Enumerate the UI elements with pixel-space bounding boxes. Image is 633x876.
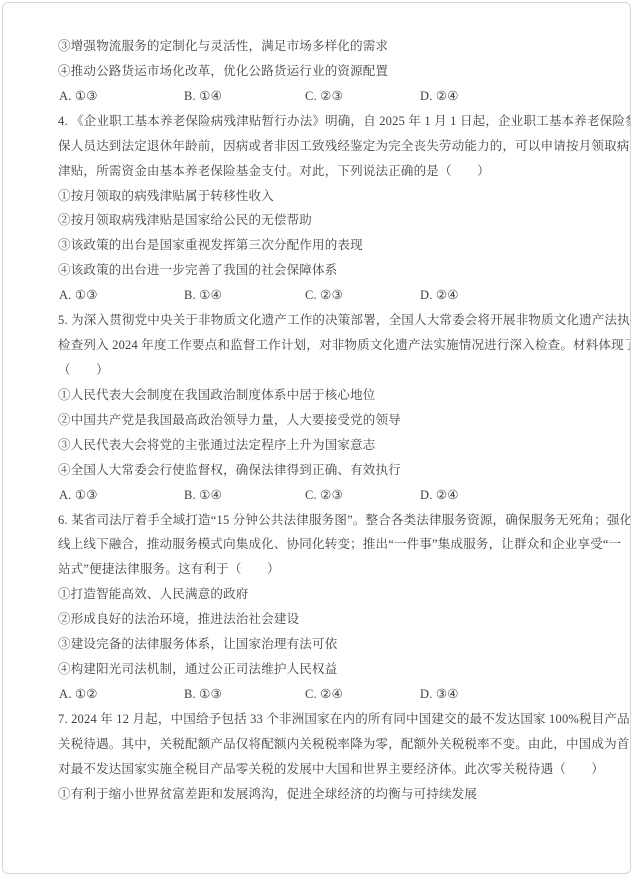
text-line: 6. 某省司法厅着手全域打造“15 分钟公共法律服务图”。整合各类法律服务资源，…: [58, 508, 610, 533]
option-a: A. ①③: [59, 283, 98, 308]
option-a: A. ①③: [59, 483, 98, 508]
text-line: ①人民代表大会制度在我国政治制度体系中居于核心地位: [58, 383, 610, 408]
exam-content: ③增强物流服务的定制化与灵活性，满足市场多样化的需求④推动公路货运市场化改革，优…: [3, 3, 630, 807]
option-d: D. ③④: [420, 682, 459, 707]
text-line: ④该政策的出台进一步完善了我国的社会保障体系: [58, 258, 610, 283]
text-line: ③增强物流服务的定制化与灵活性，满足市场多样化的需求: [58, 34, 610, 59]
option-c: C. ②③: [305, 84, 343, 109]
text-line: ④全国人大常委会行使监督权，确保法律得到正确、有效执行: [58, 458, 610, 483]
text-line: 线上线下融合，推动服务模式向集成化、协同化转变；推出“一件事”集成服务，让群众和…: [58, 532, 610, 557]
option-b: B. ①④: [184, 483, 222, 508]
option-b: B. ①④: [184, 283, 222, 308]
option-b: B. ①③: [184, 682, 222, 707]
text-line: ①按月领取的病残津贴属于转移性收入: [58, 184, 610, 209]
options-row: A. ①②B. ①③C. ②④D. ③④: [58, 682, 610, 707]
option-c: C. ②③: [305, 283, 343, 308]
text-line: 5. 为深入贯彻党中央关于非物质文化遗产工作的决策部署，全国人大常委会将开展非物…: [58, 308, 610, 333]
text-line: 4. 《企业职工基本养老保险病残津贴暂行办法》明确，自 2025 年 1 月 1…: [58, 109, 610, 134]
text-line: （ ）: [58, 358, 610, 383]
text-line: ②形成良好的法治环境，推进法治社会建设: [58, 607, 610, 632]
text-line: ③人民代表大会将党的主张通过法定程序上升为国家意志: [58, 433, 610, 458]
text-line: ①打造智能高效、人民满意的政府: [58, 582, 610, 607]
exam-page: ③增强物流服务的定制化与灵活性，满足市场多样化的需求④推动公路货运市场化改革，优…: [2, 2, 631, 874]
options-row: A. ①③B. ①④C. ②③D. ②④: [58, 283, 610, 308]
options-row: A. ①③B. ①④C. ②③D. ②④: [58, 483, 610, 508]
text-line: 检查列入 2024 年度工作要点和监督工作计划，对非物质文化遗产法实施情况进行深…: [58, 333, 610, 358]
options-row: A. ①③B. ①④C. ②③D. ②④: [58, 84, 610, 109]
option-d: D. ②④: [420, 84, 459, 109]
text-line: 关税待遇。其中，关税配额产品仅将配额内关税税率降为零，配额外关税税率不变。由此，…: [58, 732, 610, 757]
text-line: 对最不发达国家实施全税目产品零关税的发展中大国和世界主要经济体。此次零关税待遇（…: [58, 757, 610, 782]
text-line: ④构建阳光司法机制，通过公正司法维护人民权益: [58, 657, 610, 682]
option-a: A. ①③: [59, 84, 98, 109]
text-line: ③该政策的出台是国家重视发挥第三次分配作用的表现: [58, 233, 610, 258]
text-line: ②中国共产党是我国最高政治领导力量，人大要接受党的领导: [58, 408, 610, 433]
option-d: D. ②④: [420, 283, 459, 308]
option-d: D. ②④: [420, 483, 459, 508]
exam-screenshot: { "page": { "background_color": "#ffffff…: [0, 0, 633, 876]
text-line: ①有利于缩小世界贫富差距和发展鸿沟，促进全球经济的均衡与可持续发展: [58, 782, 610, 807]
option-b: B. ①④: [184, 84, 222, 109]
option-c: C. ②④: [305, 682, 343, 707]
text-line: ②按月领取病残津贴是国家给公民的无偿帮助: [58, 208, 610, 233]
option-c: C. ②③: [305, 483, 343, 508]
text-line: 站式”便捷法律服务。这有利于（ ）: [58, 557, 610, 582]
option-a: A. ①②: [59, 682, 98, 707]
text-line: ④推动公路货运市场化改革，优化公路货运行业的资源配置: [58, 59, 610, 84]
text-line: 7. 2024 年 12 月起，中国给予包括 33 个非洲国家在内的所有同中国建…: [58, 707, 610, 732]
text-line: ③建设完备的法律服务体系，让国家治理有法可依: [58, 632, 610, 657]
text-line: 保人员达到法定退休年龄前，因病或者非因工致残经鉴定为完全丧失劳动能力的，可以申请…: [58, 134, 610, 159]
text-line: 津贴，所需资金由基本养老保险基金支付。对此，下列说法正确的是（ ）: [58, 159, 610, 184]
